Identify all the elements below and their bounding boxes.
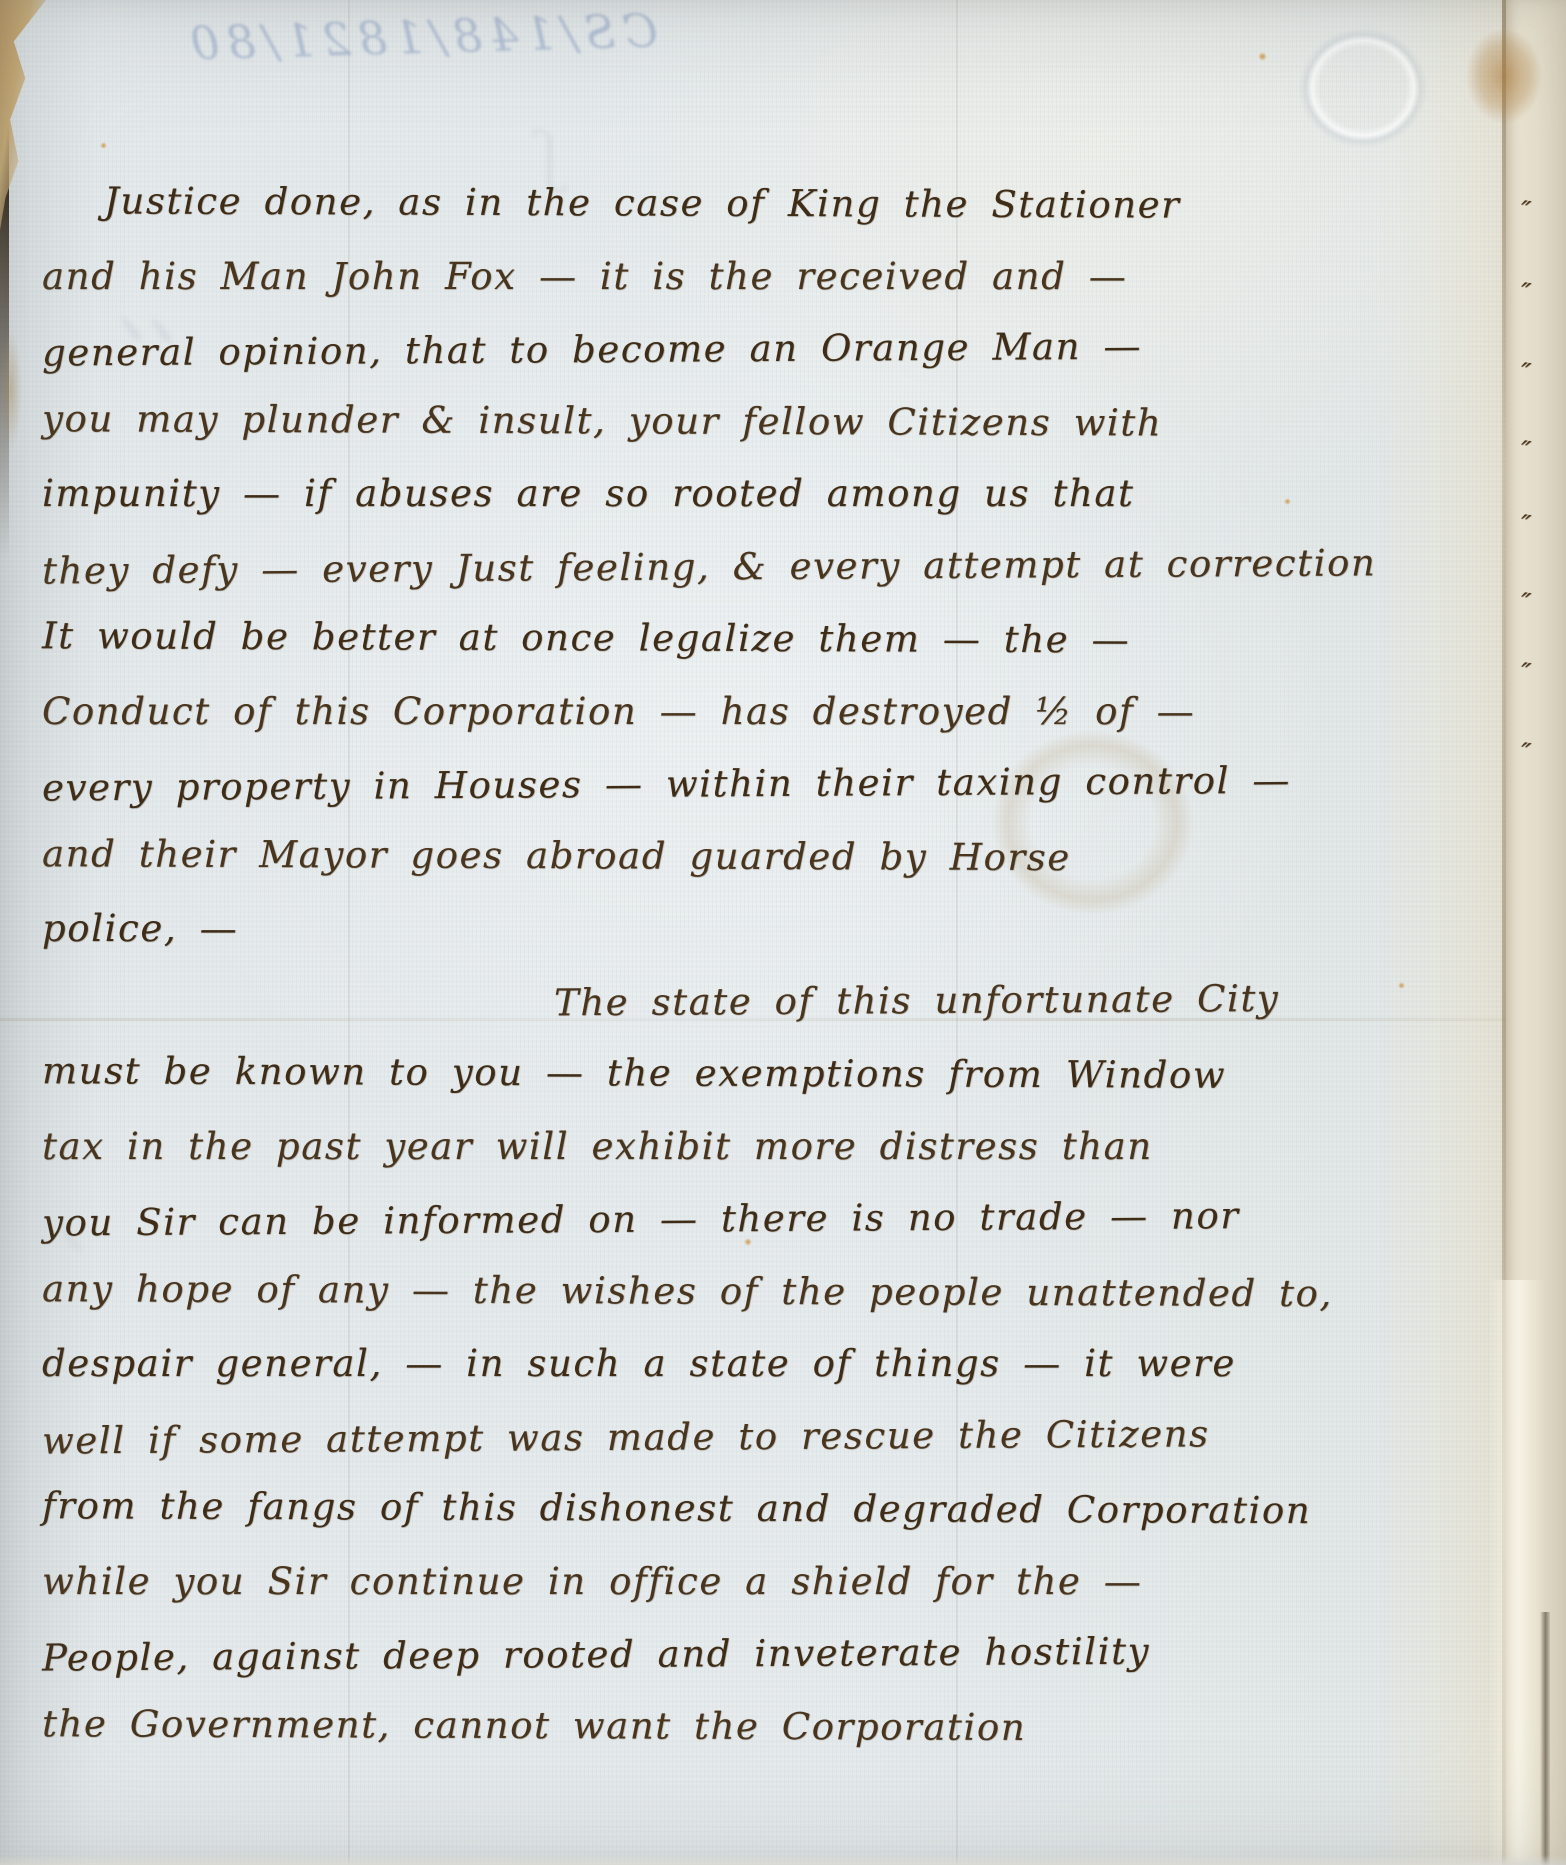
letter-line: and their Mayor goes abroad guarded by H… [42, 818, 1504, 896]
scan-bottom-edge [0, 1855, 1566, 1865]
letter-line: while you Sir continue in office a shiel… [42, 1546, 1504, 1619]
letter-line: you may plunder & insult, your fellow Ci… [42, 383, 1504, 461]
ditto-mark: ″ [1518, 435, 1533, 467]
embossed-blind-stamp [1288, 18, 1438, 158]
letter-line: It would be better at once legalize them… [42, 600, 1504, 678]
letter-line: police, — [42, 893, 1504, 966]
letter-line: every property in Houses — within their … [42, 744, 1504, 825]
letter-line: you Sir can be informed on — there is no… [42, 1179, 1504, 1260]
bleed-through-reference: CS/148/1821/80 [117, 0, 659, 86]
letter-line: Conduct of this Corporation — has destro… [42, 676, 1504, 749]
letter-line: impunity — if abuses are so rooted among… [42, 458, 1504, 531]
letter-line: well if some attempt was made to rescue … [42, 1396, 1504, 1477]
letter-line: must be known to you — the exemptions fr… [42, 1035, 1504, 1113]
letter-line: from the fangs of this dishonest and deg… [42, 1470, 1504, 1548]
ditto-mark: ″ [1518, 587, 1533, 619]
margin-ditto-marks: ″ ″ ″ ″ ″ ″ ″ ″ [1520, 0, 1562, 900]
letter-line-paragraph-start: The state of this unfortunate City [42, 961, 1504, 1042]
ditto-mark: ″ [1518, 509, 1533, 541]
letter-line: general opinion, that to become an Orang… [42, 309, 1504, 390]
ditto-mark: ″ [1518, 195, 1533, 227]
ditto-mark: ″ [1518, 657, 1533, 689]
letter-line: any hope of any — the wishes of the peop… [42, 1253, 1504, 1331]
letter-page: CS/148/1821/80 ⸙⸙ ʃ ⸙ Justice done, as i… [0, 0, 1566, 1865]
foxing-speck [1258, 52, 1267, 61]
ditto-mark: ″ [1518, 737, 1533, 769]
letter-line: they defy — every Just feeling, & every … [42, 526, 1504, 607]
letter-line: and his Man John Fox — it is the receive… [42, 241, 1504, 314]
letter-line: the Government, cannot want the Corporat… [42, 1688, 1504, 1766]
letter-line: tax in the past year will exhibit more d… [42, 1111, 1504, 1184]
letter-line: Justice done, as in the case of King the… [42, 165, 1504, 243]
page-curl-shadow [1540, 1612, 1550, 1865]
ditto-mark: ″ [1518, 357, 1533, 389]
letter-line: People, against deep rooted and invetera… [42, 1614, 1504, 1695]
letter-line: despair general, — in such a state of th… [42, 1328, 1504, 1401]
foxing-speck [100, 142, 107, 149]
ditto-mark: ″ [1518, 277, 1533, 309]
letter-body: Justice done, as in the case of King the… [42, 168, 1504, 1763]
left-edge-discoloration [0, 330, 22, 450]
